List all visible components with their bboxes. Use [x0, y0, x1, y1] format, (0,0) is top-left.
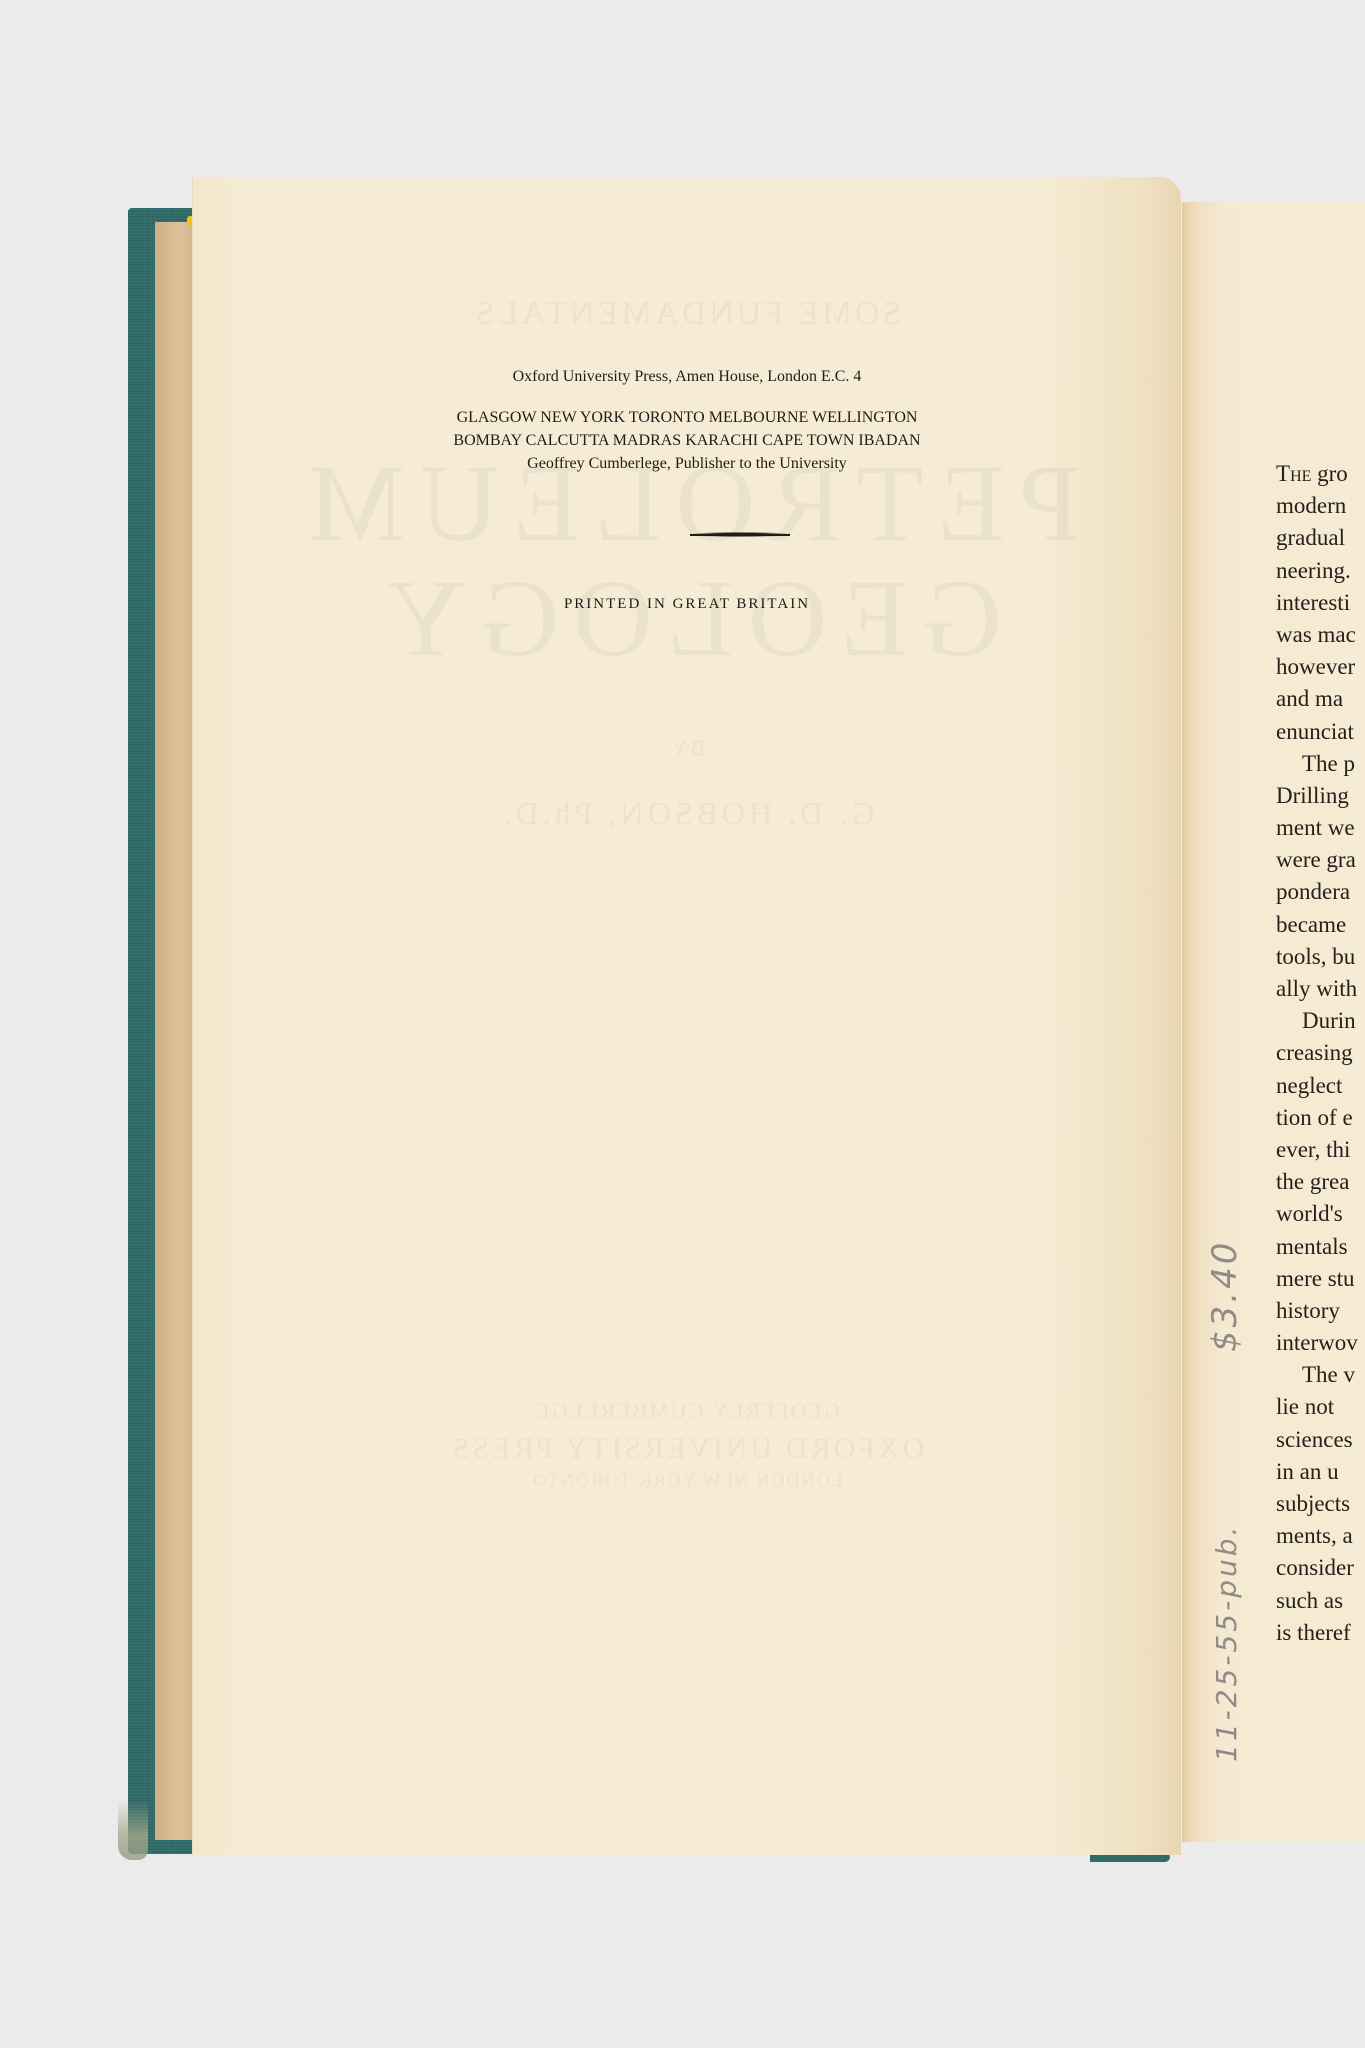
frayed-corner — [118, 1800, 148, 1860]
body-line: neglect — [1276, 1070, 1365, 1102]
body-line: world's — [1276, 1198, 1365, 1230]
body-line: subjects — [1276, 1488, 1365, 1520]
body-line: tion of e — [1276, 1102, 1365, 1134]
body-line: mentals — [1276, 1231, 1365, 1263]
body-line: mere stu — [1276, 1263, 1365, 1295]
body-line: enunciat — [1276, 716, 1365, 748]
body-line: ever, thi — [1276, 1134, 1365, 1166]
body-line: creasing — [1276, 1037, 1365, 1069]
body-line: interwov — [1276, 1327, 1365, 1359]
body-line: modern — [1276, 490, 1365, 522]
body-line: ment we — [1276, 812, 1365, 844]
body-line: neering. — [1276, 555, 1365, 587]
body-line: were gra — [1276, 844, 1365, 876]
body-line: ally with — [1276, 973, 1365, 1005]
publisher-cities-2: BOMBAY CALCUTTA MADRAS KARACHI CAPE TOWN… — [193, 432, 1181, 450]
body-line: interesti — [1276, 587, 1365, 619]
body-line: The gro — [1276, 458, 1365, 490]
body-line: Drilling — [1276, 780, 1365, 812]
body-line: history — [1276, 1295, 1365, 1327]
body-line: such as — [1276, 1585, 1365, 1617]
body-line: consider — [1276, 1552, 1365, 1584]
body-line: and ma — [1276, 683, 1365, 715]
body-line: gradual — [1276, 522, 1365, 554]
pencil-date-note: 11-25-55-pub. — [1210, 1524, 1243, 1762]
body-line: pondera — [1276, 876, 1365, 908]
show-through-text: GEOLOGY — [193, 555, 1181, 682]
show-through-text: BY — [193, 735, 1181, 761]
body-line: is theref — [1276, 1617, 1365, 1649]
body-line: ments, a — [1276, 1520, 1365, 1552]
publisher-name: Geoffrey Cumberlege, Publisher to the Un… — [193, 455, 1181, 473]
show-through-text: G. D. HOBSON, Ph.D. — [193, 795, 1181, 832]
body-line: the grea — [1276, 1166, 1365, 1198]
publisher-imprint: Oxford University Press, Amen House, Lon… — [193, 368, 1181, 386]
show-through-text: OXFORD UNIVERSITY PRESS — [193, 1432, 1181, 1466]
body-line: The p — [1276, 748, 1365, 780]
body-line: in an u — [1276, 1456, 1365, 1488]
body-line: sciences — [1276, 1424, 1365, 1456]
body-line: Durin — [1276, 1005, 1365, 1037]
left-page — [193, 177, 1181, 1855]
inner-board-edge — [155, 222, 195, 1840]
body-line: lie not — [1276, 1391, 1365, 1423]
pencil-price-note: $3.40 — [1205, 1240, 1245, 1352]
publisher-cities-1: GLASGOW NEW YORK TORONTO MELBOURNE WELLI… — [193, 409, 1181, 427]
body-line: was mac — [1276, 619, 1365, 651]
body-line: however — [1276, 651, 1365, 683]
right-page-body-text: The gromoderngradualneering.interestiwas… — [1276, 458, 1365, 1649]
ornamental-rule — [690, 532, 790, 537]
show-through-text: SOME FUNDAMENTALS — [193, 295, 1181, 333]
printed-in-label: PRINTED IN GREAT BRITAIN — [193, 596, 1181, 613]
body-line: became — [1276, 909, 1365, 941]
show-through-text: LONDON NEW YORK TORONTO — [193, 1470, 1181, 1491]
show-through-text: GEOFFREY CUMBERLEGE — [193, 1398, 1181, 1424]
body-line: The v — [1276, 1359, 1365, 1391]
body-line: tools, bu — [1276, 941, 1365, 973]
